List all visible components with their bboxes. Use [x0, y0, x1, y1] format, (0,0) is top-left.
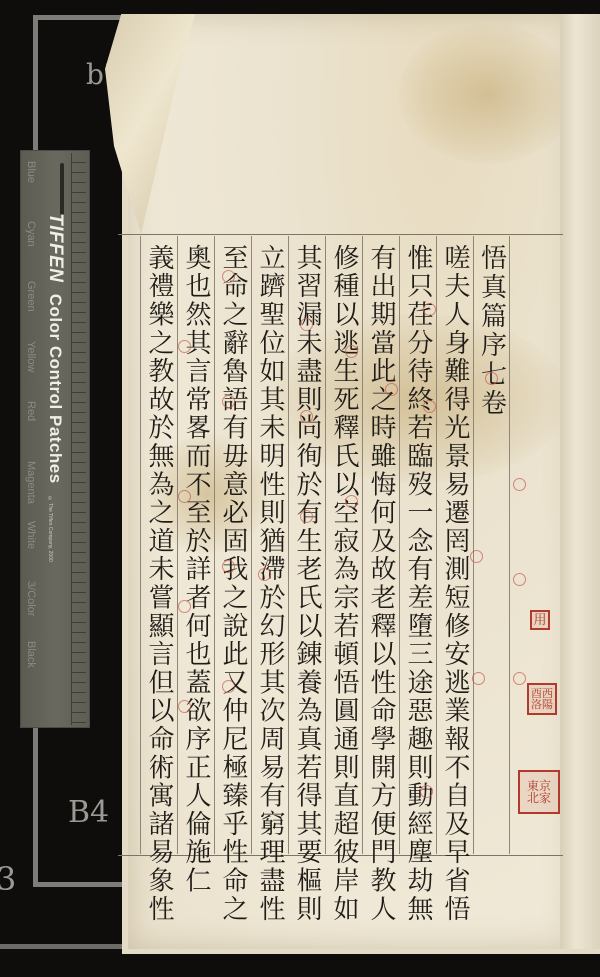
- punctuation-circle: [178, 600, 191, 613]
- seal-stamp-small: 用: [530, 610, 550, 630]
- mat-frame-label: B4: [68, 795, 109, 830]
- text-column: 有出期當此之時雖悔何及故老釋以性命學開方便門教人: [362, 236, 399, 854]
- swatch-label: Blue: [25, 161, 37, 221]
- punctuation-circle: [258, 568, 271, 581]
- water-stain: [398, 24, 578, 164]
- column-text: 義禮樂之教故於無為之道未嘗顯言但以命術寓諸易象性: [146, 244, 172, 854]
- punctuation-circle: [423, 303, 436, 316]
- punctuation-circle: [345, 495, 358, 508]
- punctuation-circle: [513, 573, 526, 586]
- punctuation-circle: [222, 560, 235, 573]
- punctuation-circle: [385, 383, 398, 396]
- punctuation-circle: [300, 510, 313, 523]
- book-title: 悟真篇序七卷: [479, 244, 505, 854]
- title-column: 悟真篇序七卷: [473, 236, 509, 854]
- swatch-label: Yellow: [25, 341, 37, 401]
- strip-slot: [60, 163, 64, 215]
- text-column: 義禮樂之教故於無為之道未嘗顯言但以命術寓諸易象性: [140, 236, 177, 854]
- swatch-label: 3/Color: [25, 581, 37, 641]
- punctuation-circle: [222, 395, 235, 408]
- column-text: 至命之辭魯語有毋意必固我之說此又仲尼極臻乎性命之: [220, 244, 246, 854]
- text-column: 嗟夫人身難得光景易遷罔測短修安逃業報不自及早省悟: [436, 236, 473, 854]
- color-calibration-strip: Blue Cyan Green Yellow Red Magenta White…: [20, 150, 90, 728]
- punctuation-circle: [470, 550, 483, 563]
- column-text: 奧也然其言常畧而不至於詳者何也蓋欲序正人倫施仁: [183, 244, 209, 854]
- text-columns: 悟真篇序七卷 嗟夫人身難得光景易遷罔測短修安逃業報不自及早省悟 惟只荏分待終若臨…: [118, 236, 563, 854]
- ruler-scale: [71, 153, 86, 725]
- punctuation-circle: [300, 410, 313, 423]
- page-edge-right: [560, 14, 600, 949]
- column-text: 有出期當此之時雖悔何及故老釋以性命學開方便門教人: [368, 244, 394, 854]
- text-column: 惟只荏分待終若臨歿一念有差墮三途惡趣則動經塵劫無: [399, 236, 436, 854]
- punctuation-circle: [485, 372, 498, 385]
- text-column: 修種以逃生死釋氏以空寂為宗若頓悟圓通則直超彼岸如: [325, 236, 362, 854]
- column-text: 嗟夫人身難得光景易遷罔測短修安逃業報不自及早省悟: [442, 244, 468, 854]
- column-text: 惟只荏分待終若臨歿一念有差墮三途惡趣則動經塵劫無: [405, 244, 431, 854]
- punctuation-circle: [300, 318, 313, 331]
- seal-stamp-medium: 酉西洛陽: [527, 683, 557, 715]
- punctuation-circle: [222, 680, 235, 693]
- swatch-label: Cyan: [25, 221, 37, 281]
- swatch-label-list: Blue Cyan Green Yellow Red Magenta White…: [25, 161, 37, 701]
- swatch-label: White: [25, 521, 37, 581]
- strip-copyright: © The Tiffen Company, 2000: [47, 496, 53, 562]
- punctuation-circle: [178, 700, 191, 713]
- mat-side-label: 3: [0, 860, 16, 898]
- punctuation-circle: [423, 400, 436, 413]
- text-column: 奧也然其言常畧而不至於詳者何也蓋欲序正人倫施仁: [177, 236, 214, 854]
- strip-brand-text: TIFFEN Color Control Patches: [44, 213, 66, 484]
- punctuation-circle: [178, 340, 191, 353]
- brand-logo: TIFFEN: [45, 213, 66, 283]
- margin-column: [509, 236, 563, 854]
- product-name: Color Control Patches: [46, 294, 65, 484]
- punctuation-circle: [420, 785, 433, 798]
- column-text: 修種以逃生死釋氏以空寂為宗若頓悟圓通則直超彼岸如: [331, 244, 357, 854]
- column-text: 立躋聖位如其未明性則猶滯於幻形其次周易有窮理盡性: [257, 244, 283, 854]
- punctuation-circle: [345, 345, 358, 358]
- punctuation-circle: [472, 672, 485, 685]
- column-text: 其習漏未盡則尚徇於有生老氏以錬養為真若得其要樞則: [294, 244, 320, 854]
- punctuation-circle: [178, 490, 191, 503]
- punctuation-circle: [513, 478, 526, 491]
- text-column: 立躋聖位如其未明性則猶滯於幻形其次周易有窮理盡性: [251, 236, 288, 854]
- swatch-label: Black: [25, 641, 37, 701]
- text-column: 至命之辭魯語有毋意必固我之說此又仲尼極臻乎性命之: [214, 236, 251, 854]
- swatch-label: Magenta: [25, 461, 37, 521]
- punctuation-circle: [222, 270, 235, 283]
- punctuation-circle: [513, 672, 526, 685]
- swatch-label: Green: [25, 281, 37, 341]
- swatch-label: Red: [25, 401, 37, 461]
- seal-stamp-large: 東京北家: [518, 770, 560, 814]
